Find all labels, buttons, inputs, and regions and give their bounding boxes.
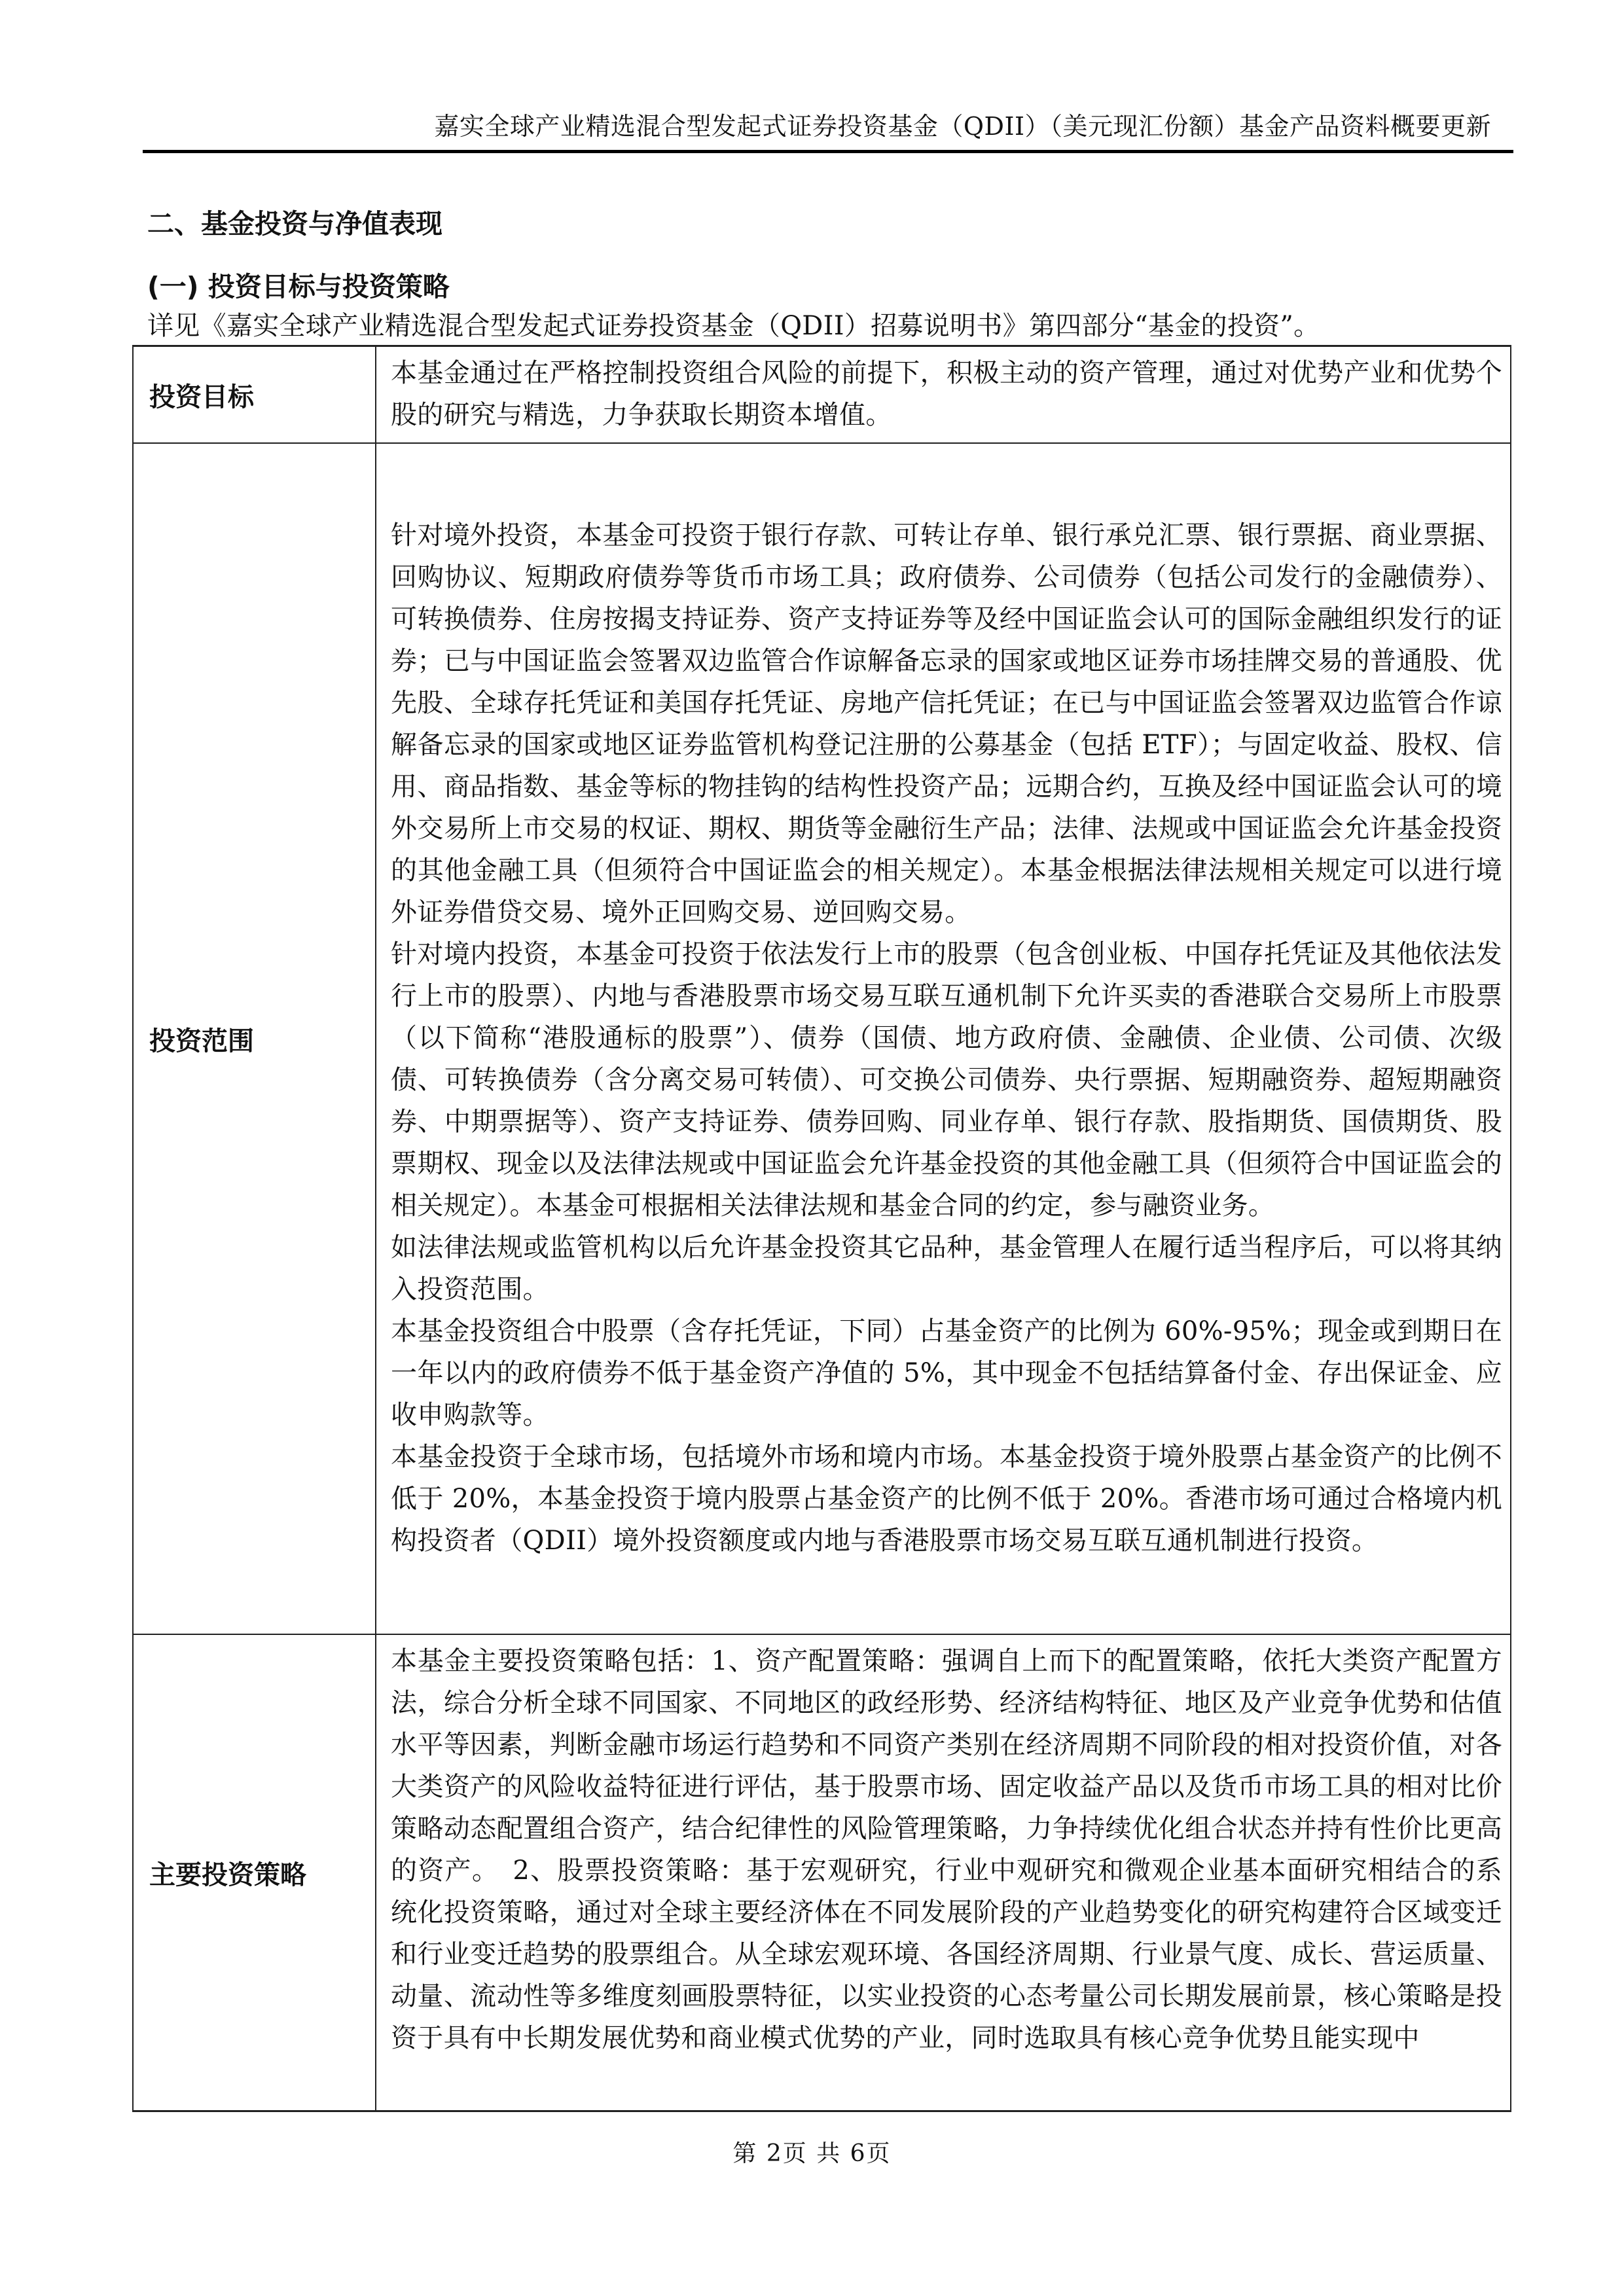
investment-info-table: 投资目标 本基金通过在严格控制投资组合风险的前提下，积极主动的资产管理，通过对优… [132, 345, 1511, 2112]
table-row-scope: 投资范围 针对境外投资，本基金可投资于银行存款、可转让存单、银行承兑汇票、银行票… [133, 443, 1511, 1634]
table-row-strategy: 主要投资策略 本基金主要投资策略包括：1、资产配置策略：强调自上而下的配置策略，… [133, 1634, 1511, 2111]
document-header-title: 嘉实全球产业精选混合型发起式证券投资基金（QDII）（美元现汇份额）基金产品资料… [131, 111, 1491, 141]
header-divider [143, 150, 1513, 153]
paragraph: 针对境外投资，本基金可投资于银行存款、可转让存单、银行承兑汇票、银行票据、商业票… [391, 514, 1502, 933]
row-content: 针对境外投资，本基金可投资于银行存款、可转让存单、银行承兑汇票、银行票据、商业票… [376, 443, 1511, 1634]
row-label: 主要投资策略 [133, 1634, 376, 2111]
row-content: 本基金通过在严格控制投资组合风险的前提下，积极主动的资产管理，通过对优势产业和优… [376, 346, 1511, 444]
paragraph: 本基金投资于全球市场，包括境外市场和境内市场。本基金投资于境外股票占基金资产的比… [391, 1436, 1502, 1562]
paragraph: 本基金主要投资策略包括：1、资产配置策略：强调自上而下的配置策略，依托大类资产配… [391, 1640, 1502, 2059]
page-number: 第 2页 共 6页 [0, 2135, 1624, 2168]
paragraph: 针对境内投资，本基金可投资于依法发行上市的股票（包含创业板、中国存托凭证及其他依… [391, 933, 1502, 1227]
intro-text: 详见《嘉实全球产业精选混合型发起式证券投资基金（QDII）招募说明书》第四部分“… [147, 308, 1320, 344]
paragraph: 本基金投资组合中股票（含存托凭证，下同）占基金资产的比例为 60%-95%；现金… [391, 1310, 1502, 1436]
paragraph: 本基金通过在严格控制投资组合风险的前提下，积极主动的资产管理，通过对优势产业和优… [391, 352, 1502, 436]
table-row-objective: 投资目标 本基金通过在严格控制投资组合风险的前提下，积极主动的资产管理，通过对优… [133, 346, 1511, 444]
row-content: 本基金主要投资策略包括：1、资产配置策略：强调自上而下的配置策略，依托大类资产配… [376, 1634, 1511, 2111]
paragraph: 如法律法规或监管机构以后允许基金投资其它品种，基金管理人在履行适当程序后，可以将… [391, 1227, 1502, 1310]
row-label: 投资范围 [133, 443, 376, 1634]
subsection-title: (一) 投资目标与投资策略 [147, 268, 450, 305]
section-title: 二、基金投资与净值表现 [147, 206, 442, 242]
row-label: 投资目标 [133, 346, 376, 444]
